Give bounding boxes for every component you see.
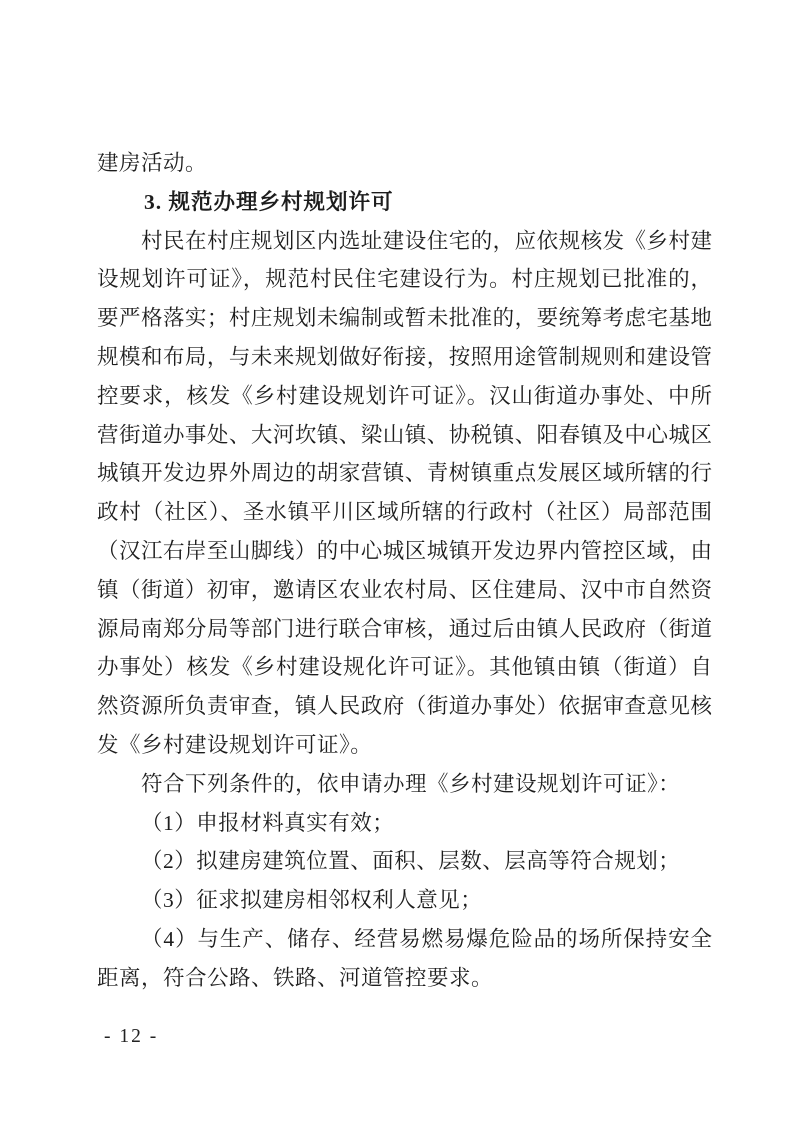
paragraph-tail-line: 建房活动。	[97, 144, 712, 183]
document-body: 建房活动。 3. 规范办理乡村规划许可 村民在村庄规划区内选址建设住宅的，应依规…	[97, 144, 712, 998]
section-3-heading: 3. 规范办理乡村规划许可	[97, 183, 712, 222]
paragraph-line: 控要求，核发《乡村建设规划许可证》。汉山街道办事处、中所	[97, 377, 712, 416]
paragraph-line: 镇（街道）初审，邀请区农业农村局、区住建局、汉中市自然资	[97, 571, 712, 610]
page-number: - 12 -	[104, 1026, 158, 1048]
condition-item-1: （1）申报材料真实有效；	[97, 804, 712, 843]
paragraph-line: 设规划许可证》，规范村民住宅建设行为。村庄规划已批准的，	[97, 260, 712, 299]
paragraph-line: 政村（社区）、圣水镇平川区域所辖的行政村（社区）局部范围	[97, 493, 712, 532]
paragraph-line: 要严格落实；村庄规划未编制或暂未批准的，要统筹考虑宅基地	[97, 299, 712, 338]
paragraph-line: 规模和布局，与未来规划做好衔接，按照用途管制规则和建设管	[97, 338, 712, 377]
document-page: 建房活动。 3. 规范办理乡村规划许可 村民在村庄规划区内选址建设住宅的，应依规…	[0, 0, 792, 1121]
condition-item-3: （3）征求拟建房相邻权利人意见；	[97, 881, 712, 920]
conditions-intro-line: 符合下列条件的，依申请办理《乡村建设规划许可证》：	[97, 765, 712, 804]
paragraph-line: 源局南郑分局等部门进行联合审核，通过后由镇人民政府（街道	[97, 610, 712, 649]
condition-item-4-continuation: 距离，符合公路、铁路、河道管控要求。	[97, 959, 712, 998]
paragraph-line: （汉江右岸至山脚线）的中心城区城镇开发边界内管控区域，由	[97, 532, 712, 571]
paragraph-line: 然资源所负责审查，镇人民政府（街道办事处）依据审查意见核	[97, 687, 712, 726]
paragraph-line: 城镇开发边界外周边的胡家营镇、青树镇重点发展区域所辖的行	[97, 454, 712, 493]
paragraph-end-line: 发《乡村建设规划许可证》。	[97, 726, 712, 765]
condition-item-2: （2）拟建房建筑位置、面积、层数、层高等符合规划；	[97, 842, 712, 881]
paragraph-line: 办事处）核发《乡村建设规化许可证》。其他镇由镇（街道）自	[97, 648, 712, 687]
paragraph-line: 营街道办事处、大河坎镇、梁山镇、协税镇、阳春镇及中心城区	[97, 416, 712, 455]
condition-item-4: （4）与生产、储存、经营易燃易爆危险品的场所保持安全	[97, 920, 712, 959]
paragraph-line: 村民在村庄规划区内选址建设住宅的，应依规核发《乡村建	[97, 222, 712, 261]
